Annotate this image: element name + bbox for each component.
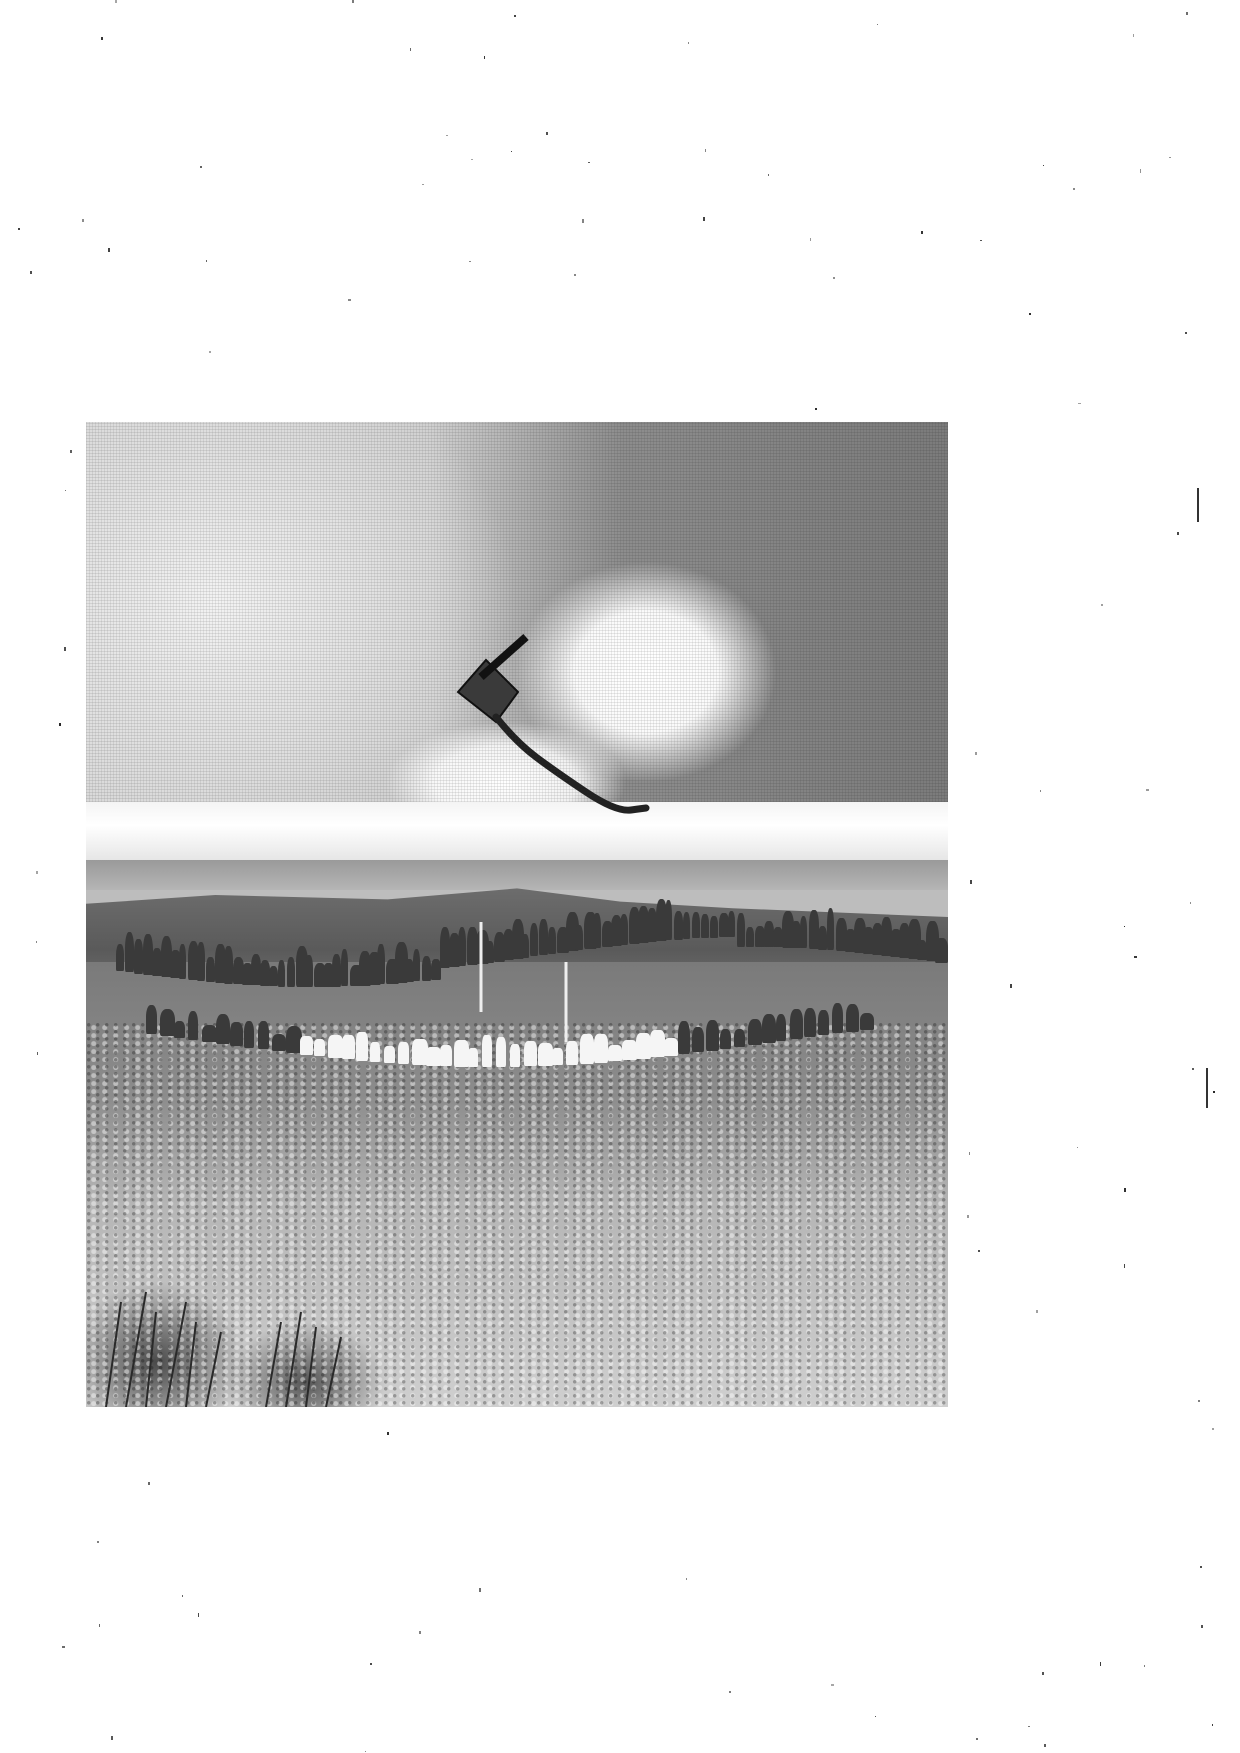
scan-speck <box>1133 34 1134 37</box>
scan-speck <box>1044 1744 1046 1747</box>
scan-speck <box>686 1578 687 1580</box>
scan-speck <box>115 0 117 2</box>
scan-speck <box>108 248 110 252</box>
scan-speck <box>30 271 32 274</box>
scan-speck <box>514 15 516 17</box>
scan-speck <box>111 1736 113 1740</box>
scan-speck <box>1212 1428 1214 1431</box>
scan-speck <box>36 941 37 943</box>
margin-mark-top <box>1197 488 1199 522</box>
scan-speck <box>82 219 84 222</box>
scan-speck <box>582 219 584 223</box>
scan-speck <box>1185 332 1187 335</box>
scan-speck <box>479 1588 481 1592</box>
scan-speck <box>387 1432 389 1435</box>
scan-speck <box>1010 984 1011 987</box>
scan-speck <box>1042 1672 1044 1675</box>
scan-speck <box>1028 1726 1030 1728</box>
scan-speck <box>1177 532 1179 535</box>
scan-speck <box>921 231 922 234</box>
kite-icon <box>86 422 948 1407</box>
scan-speck <box>975 752 977 755</box>
scan-speck <box>1140 169 1141 172</box>
scan-speck <box>64 647 66 651</box>
scan-speck <box>18 228 19 231</box>
scan-speck <box>969 1152 970 1154</box>
scan-speck <box>484 56 485 59</box>
scan-speck <box>410 48 411 51</box>
scan-speck <box>815 408 817 410</box>
scan-speck <box>70 450 72 453</box>
scan-speck <box>471 159 473 161</box>
scan-speck <box>99 1624 100 1628</box>
scan-speck <box>703 217 705 220</box>
margin-mark-bottom <box>1206 1068 1208 1108</box>
scan-speck <box>1146 789 1148 791</box>
scan-speck <box>588 162 590 163</box>
scan-speck <box>970 880 972 884</box>
scan-speck <box>1169 157 1171 158</box>
scan-speck <box>877 24 878 25</box>
scan-speck <box>980 240 981 241</box>
scan-speck <box>1190 902 1191 904</box>
scan-speck <box>810 238 811 240</box>
scan-speck <box>62 1646 64 1647</box>
scan-speck <box>574 274 576 276</box>
scan-speck <box>419 1631 421 1634</box>
scan-speck <box>1198 1400 1200 1402</box>
scan-speck <box>967 1215 968 1218</box>
scan-speck <box>36 871 38 874</box>
scan-speck <box>976 1738 977 1740</box>
scan-speck <box>1043 165 1044 166</box>
scan-speck <box>875 1716 876 1717</box>
scan-speck <box>1192 1068 1194 1070</box>
scan-speck <box>65 490 67 491</box>
scan-speck <box>348 299 350 301</box>
scan-speck <box>1134 956 1136 959</box>
scan-speck <box>1212 1724 1213 1725</box>
scan-speck <box>546 132 548 135</box>
scan-speck <box>833 277 835 279</box>
kite-dunes-photograph <box>86 422 948 1407</box>
scan-speck <box>209 351 211 353</box>
scan-speck <box>705 149 706 151</box>
scan-speck <box>148 1482 150 1485</box>
scan-speck <box>1073 188 1075 190</box>
scan-speck <box>1200 1566 1201 1568</box>
scan-speck <box>37 1052 39 1054</box>
scan-speck <box>182 1595 184 1597</box>
scan-speck <box>422 184 424 186</box>
scan-speck <box>1100 1662 1102 1666</box>
scan-speck <box>1124 1188 1126 1192</box>
scan-speck <box>768 174 769 176</box>
scan-speck <box>59 723 61 726</box>
scan-speck <box>101 37 103 40</box>
scan-speck <box>1124 1264 1126 1268</box>
scan-speck <box>1144 1665 1145 1667</box>
scan-speck <box>729 1691 730 1693</box>
scan-speck <box>1077 1147 1078 1148</box>
scan-speck <box>511 151 512 152</box>
scan-speck <box>831 1684 833 1686</box>
scan-speck <box>97 1541 99 1543</box>
scan-speck <box>198 1613 200 1616</box>
scan-speck <box>1078 403 1080 405</box>
scan-speck <box>1186 12 1188 15</box>
scan-speck <box>200 166 202 168</box>
scan-speck <box>469 261 471 263</box>
scan-speck <box>1036 1310 1038 1313</box>
scan-speck <box>352 0 354 3</box>
scan-speck <box>1201 1625 1203 1628</box>
scan-speck <box>1124 926 1126 927</box>
scan-speck <box>1101 604 1102 606</box>
scan-speck <box>206 260 207 262</box>
scan-speck <box>1040 790 1042 792</box>
scan-speck <box>446 135 448 136</box>
scan-speck <box>1029 313 1031 315</box>
scan-speck <box>370 1663 372 1664</box>
scan-speck <box>688 42 689 44</box>
scan-speck <box>978 1250 980 1252</box>
scan-speck <box>365 1751 366 1752</box>
scan-speck <box>1213 1091 1214 1093</box>
